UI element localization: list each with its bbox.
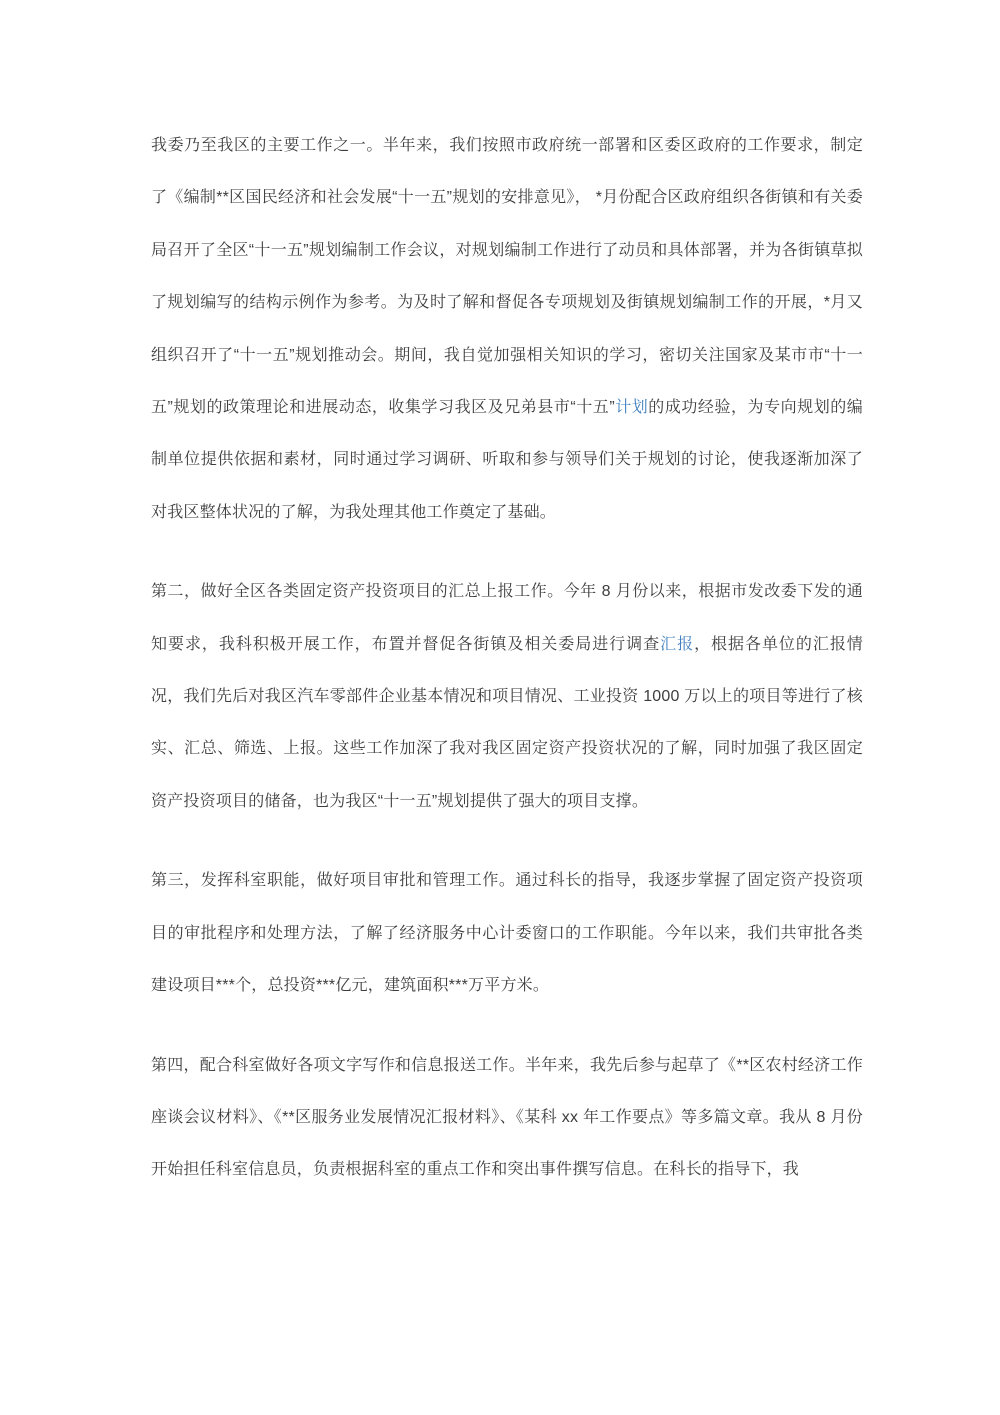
paragraph: 我委乃至我区的主要工作之一。半年来，我们按照市政府统一部署和区委区政府的工作要求… [151,120,863,539]
document-body: 我委乃至我区的主要工作之一。半年来，我们按照市政府统一部署和区委区政府的工作要求… [151,120,863,1197]
paragraph-text: ，根据各单位的汇报情况，我们先后对我区汽车零部件企业基本情况和项目情况、工业投资… [151,636,863,810]
paragraph: 第二，做好全区各类固定资产投资项目的汇总上报工作。今年 8 月份以来，根据市发改… [151,566,863,828]
paragraph-text: 的成功经验，为专向规划的编制单位提供依据和素材，同时通过学习调研、听取和参与领导… [151,399,863,521]
document-page: 我委乃至我区的主要工作之一。半年来，我们按照市政府统一部署和区委区政府的工作要求… [0,0,1000,1415]
paragraph-text: 我委乃至我区的主要工作之一。半年来，我们按照市政府统一部署和区委区政府的工作要求… [151,137,863,416]
inline-link[interactable]: 汇报 [660,636,694,653]
inline-link[interactable]: 计划 [615,399,648,416]
paragraph: 第三，发挥科室职能，做好项目审批和管理工作。通过科长的指导，我逐步掌握了固定资产… [151,855,863,1012]
paragraph-text: 第三，发挥科室职能，做好项目审批和管理工作。通过科长的指导，我逐步掌握了固定资产… [151,872,863,994]
paragraph: 第四，配合科室做好各项文字写作和信息报送工作。半年来，我先后参与起草了《**区农… [151,1040,863,1197]
paragraph-text: 第四，配合科室做好各项文字写作和信息报送工作。半年来，我先后参与起草了《**区农… [151,1057,863,1179]
